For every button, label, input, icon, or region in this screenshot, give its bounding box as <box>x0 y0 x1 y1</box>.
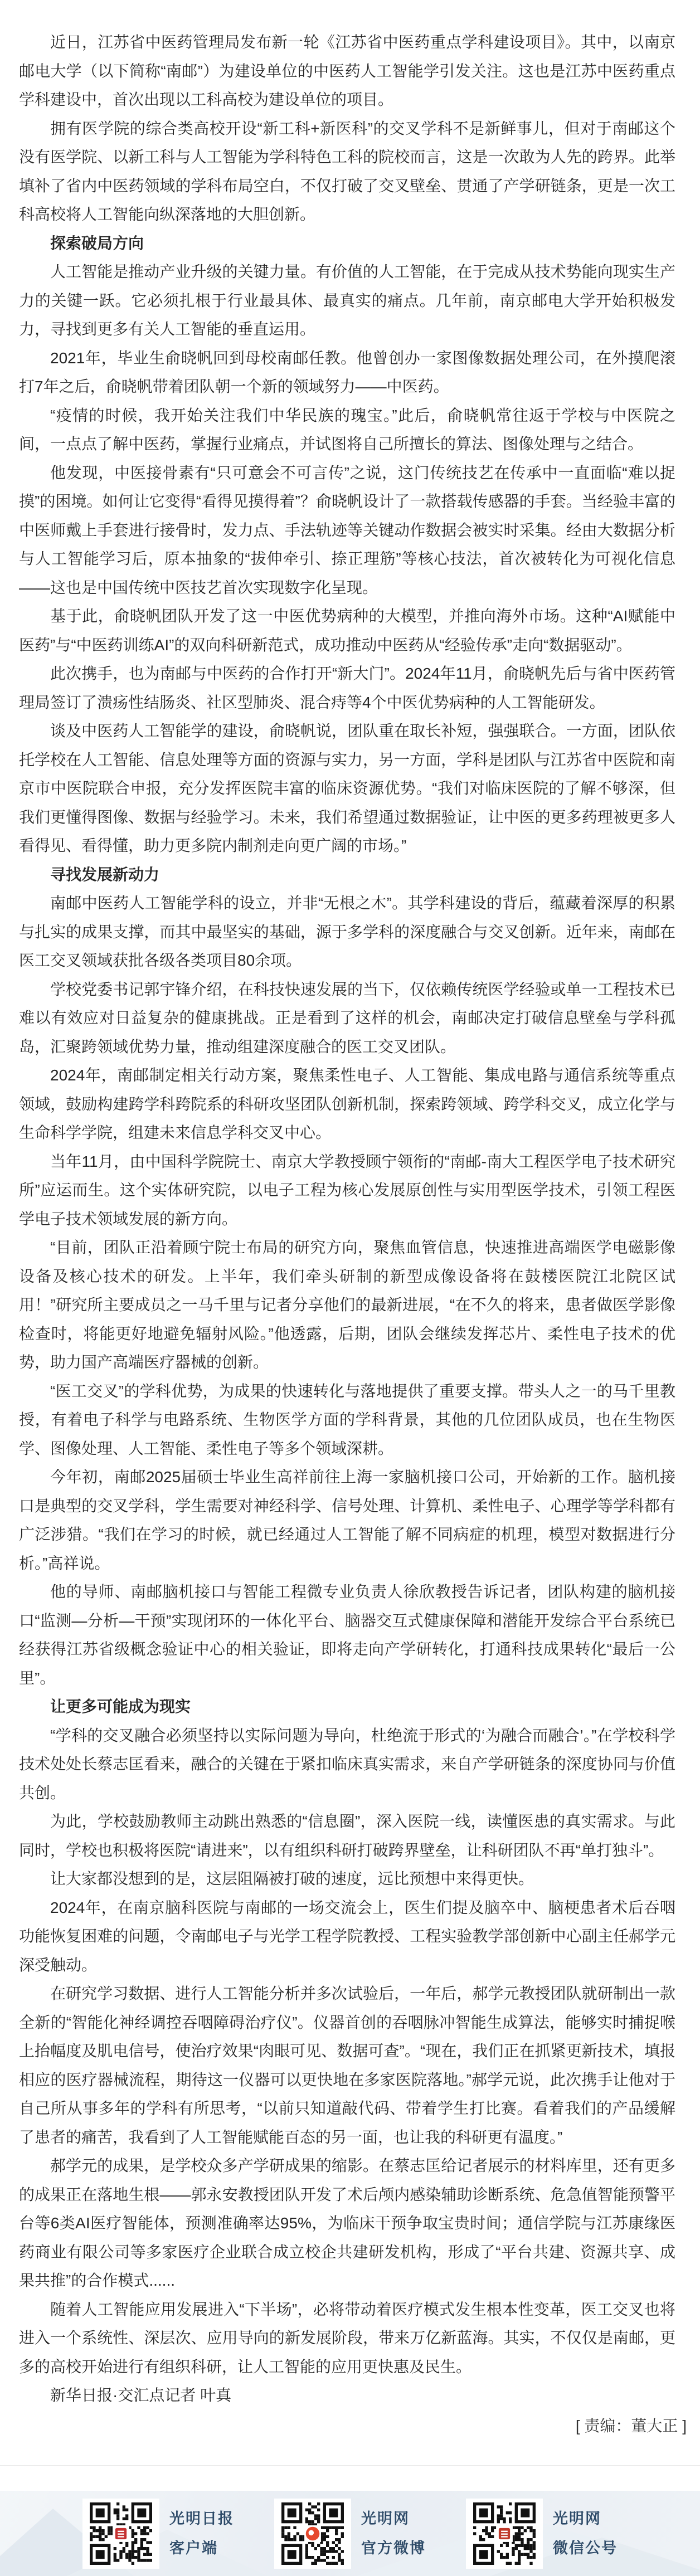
qr-label-line2: 微信公号 <box>553 2534 618 2563</box>
article-paragraph: 此次携手，也为南邮与中医药的合作打开“新大门”。2024年11月，俞晓帆先后与省… <box>19 659 675 717</box>
article-paragraph: “目前，团队正沿着顾宁院士布局的研究方向，聚焦血管信息，快速推进高端医学电磁影像… <box>19 1233 675 1377</box>
article-paragraph: 学校党委书记郭宇锋介绍，在科技快速发展的当下，仅依赖传统医学经验或单一工程技术已… <box>19 975 675 1061</box>
qr-code-icon <box>90 2502 152 2565</box>
article-paragraph: 他发现，中医接骨素有“只可意会不可言传”之说，这门传统技艺在传承中一直面临“难以… <box>19 459 675 602</box>
article-paragraph: “学科的交叉融合必须坚持以实际问题为导向，杜绝流于形式的‘为融合而融合’。”在学… <box>19 1721 675 1808</box>
article-paragraph: 随着人工智能应用发展进入“下半场”，必将带动着医疗模式发生根本性变革，医工交叉也… <box>19 2295 675 2382</box>
qr-label: 光明网 官方微博 <box>361 2504 426 2563</box>
editor-note: [ 责编：董大正 ] <box>576 2415 687 2437</box>
qr-label: 光明日报 客户端 <box>169 2504 234 2563</box>
qr-label-line1: 光明日报 <box>169 2504 234 2534</box>
article-paragraph: 在研究学习数据、进行人工智能分析并多次试验后，一年后，郝学元教授团队就研制出一款… <box>19 1979 675 2151</box>
footer-qr-unit: 光明网 官方微博 <box>274 2499 426 2569</box>
article-paragraph: 南邮中医药人工智能学科的设立，并非“无根之木”。其学科建设的背后，蕴藏着深厚的积… <box>19 889 675 975</box>
article-paragraph: 谈及中医药人工智能学的建设，俞晓帆说，团队重在取长补短，强强联合。一方面，团队依… <box>19 717 675 860</box>
article-paragraph: 新华日报·交汇点记者 叶真 <box>19 2381 675 2410</box>
article-paragraph: “医工交叉”的学科优势，为成果的快速转化与落地提供了重要支撑。带头人之一的马千里… <box>19 1377 675 1463</box>
qr-label-line1: 光明网 <box>361 2504 426 2534</box>
article-paragraph: 2024年，在南京脑科医院与南邮的一场交流会上，医生们提及脑卒中、脑梗患者术后吞… <box>19 1893 675 1980</box>
qr-label-line1: 光明网 <box>553 2504 618 2534</box>
footer-qr-unit: 光明网 微信公号 <box>466 2499 618 2569</box>
qr-code-icon <box>473 2502 536 2565</box>
article-paragraph: 为此，学校鼓励教师主动跳出熟悉的“信息圈”，深入医院一线，读懂医患的真实需求。与… <box>19 1807 675 1864</box>
article-paragraph: 近日，江苏省中医药管理局发布新一轮《江苏省中医药重点学科建设项目》。其中，以南京… <box>19 28 675 114</box>
article-paragraph: 寻找发展新动力 <box>19 860 675 889</box>
article-paragraph: 基于此，俞晓帆团队开发了这一中医优势病种的大模型，并推向海外市场。这种“AI赋能… <box>19 602 675 659</box>
footer-qr-unit: 光明日报 客户端 <box>82 2499 234 2569</box>
footer-divider <box>0 2465 700 2466</box>
article-paragraph: 让更多可能成为现实 <box>19 1692 675 1721</box>
article-paragraph: “疫情的时候，我开始关注我们中华民族的瑰宝。”此后，俞晓帆常往返于学校与中医院之… <box>19 401 675 459</box>
article-paragraph: 郝学元的成果，是学校众多产学研成果的缩影。在蔡志匡给记者展示的材料库里，还有更多… <box>19 2151 675 2295</box>
page-footer: 光明日报 客户端 光明网 官方微博 光明网 <box>0 2491 700 2576</box>
article-paragraph: 人工智能是推动产业升级的关键力量。有价值的人工智能，在于完成从技术势能向现实生产… <box>19 257 675 344</box>
article-paragraph: 让大家都没想到的是，这层阻隔被打破的速度，远比预想中来得更快。 <box>19 1864 675 1893</box>
qr-label: 光明网 微信公号 <box>553 2504 618 2563</box>
article-paragraph: 今年初，南邮2025届硕士毕业生高祥前往上海一家脑机接口公司，开始新的工作。脑机… <box>19 1463 675 1577</box>
article-paragraph: 2021年，毕业生俞晓帆回到母校南邮任教。他曾创办一家图像数据处理公司，在外摸爬… <box>19 344 675 401</box>
qr-card <box>466 2499 543 2569</box>
article-body: 近日，江苏省中医药管理局发布新一轮《江苏省中医药重点学科建设项目》。其中，以南京… <box>0 0 700 2410</box>
article-paragraph: 探索破局方向 <box>19 229 675 258</box>
qr-label-line2: 客户端 <box>169 2534 234 2563</box>
article-paragraph: 拥有医学院的综合类高校开设“新工科+新医科”的交叉学科不是新鲜事儿，但对于南邮这… <box>19 114 675 229</box>
qr-label-line2: 官方微博 <box>361 2534 426 2563</box>
qr-card <box>82 2499 159 2569</box>
qr-code-icon <box>281 2502 344 2565</box>
article-paragraph: 2024年，南邮制定相关行动方案，聚焦柔性电子、人工智能、集成电路与通信系统等重… <box>19 1061 675 1147</box>
article-paragraph: 当年11月，由中国科学院院士、南京大学教授顾宁领衔的“南邮-南大工程医学电子技术… <box>19 1147 675 1234</box>
qr-card <box>274 2499 351 2569</box>
article-paragraph: 他的导师、南邮脑机接口与智能工程微专业负责人徐欣教授告诉记者，团队构建的脑机接口… <box>19 1577 675 1692</box>
footer-qr-row: 光明日报 客户端 光明网 官方微博 光明网 <box>0 2491 700 2576</box>
